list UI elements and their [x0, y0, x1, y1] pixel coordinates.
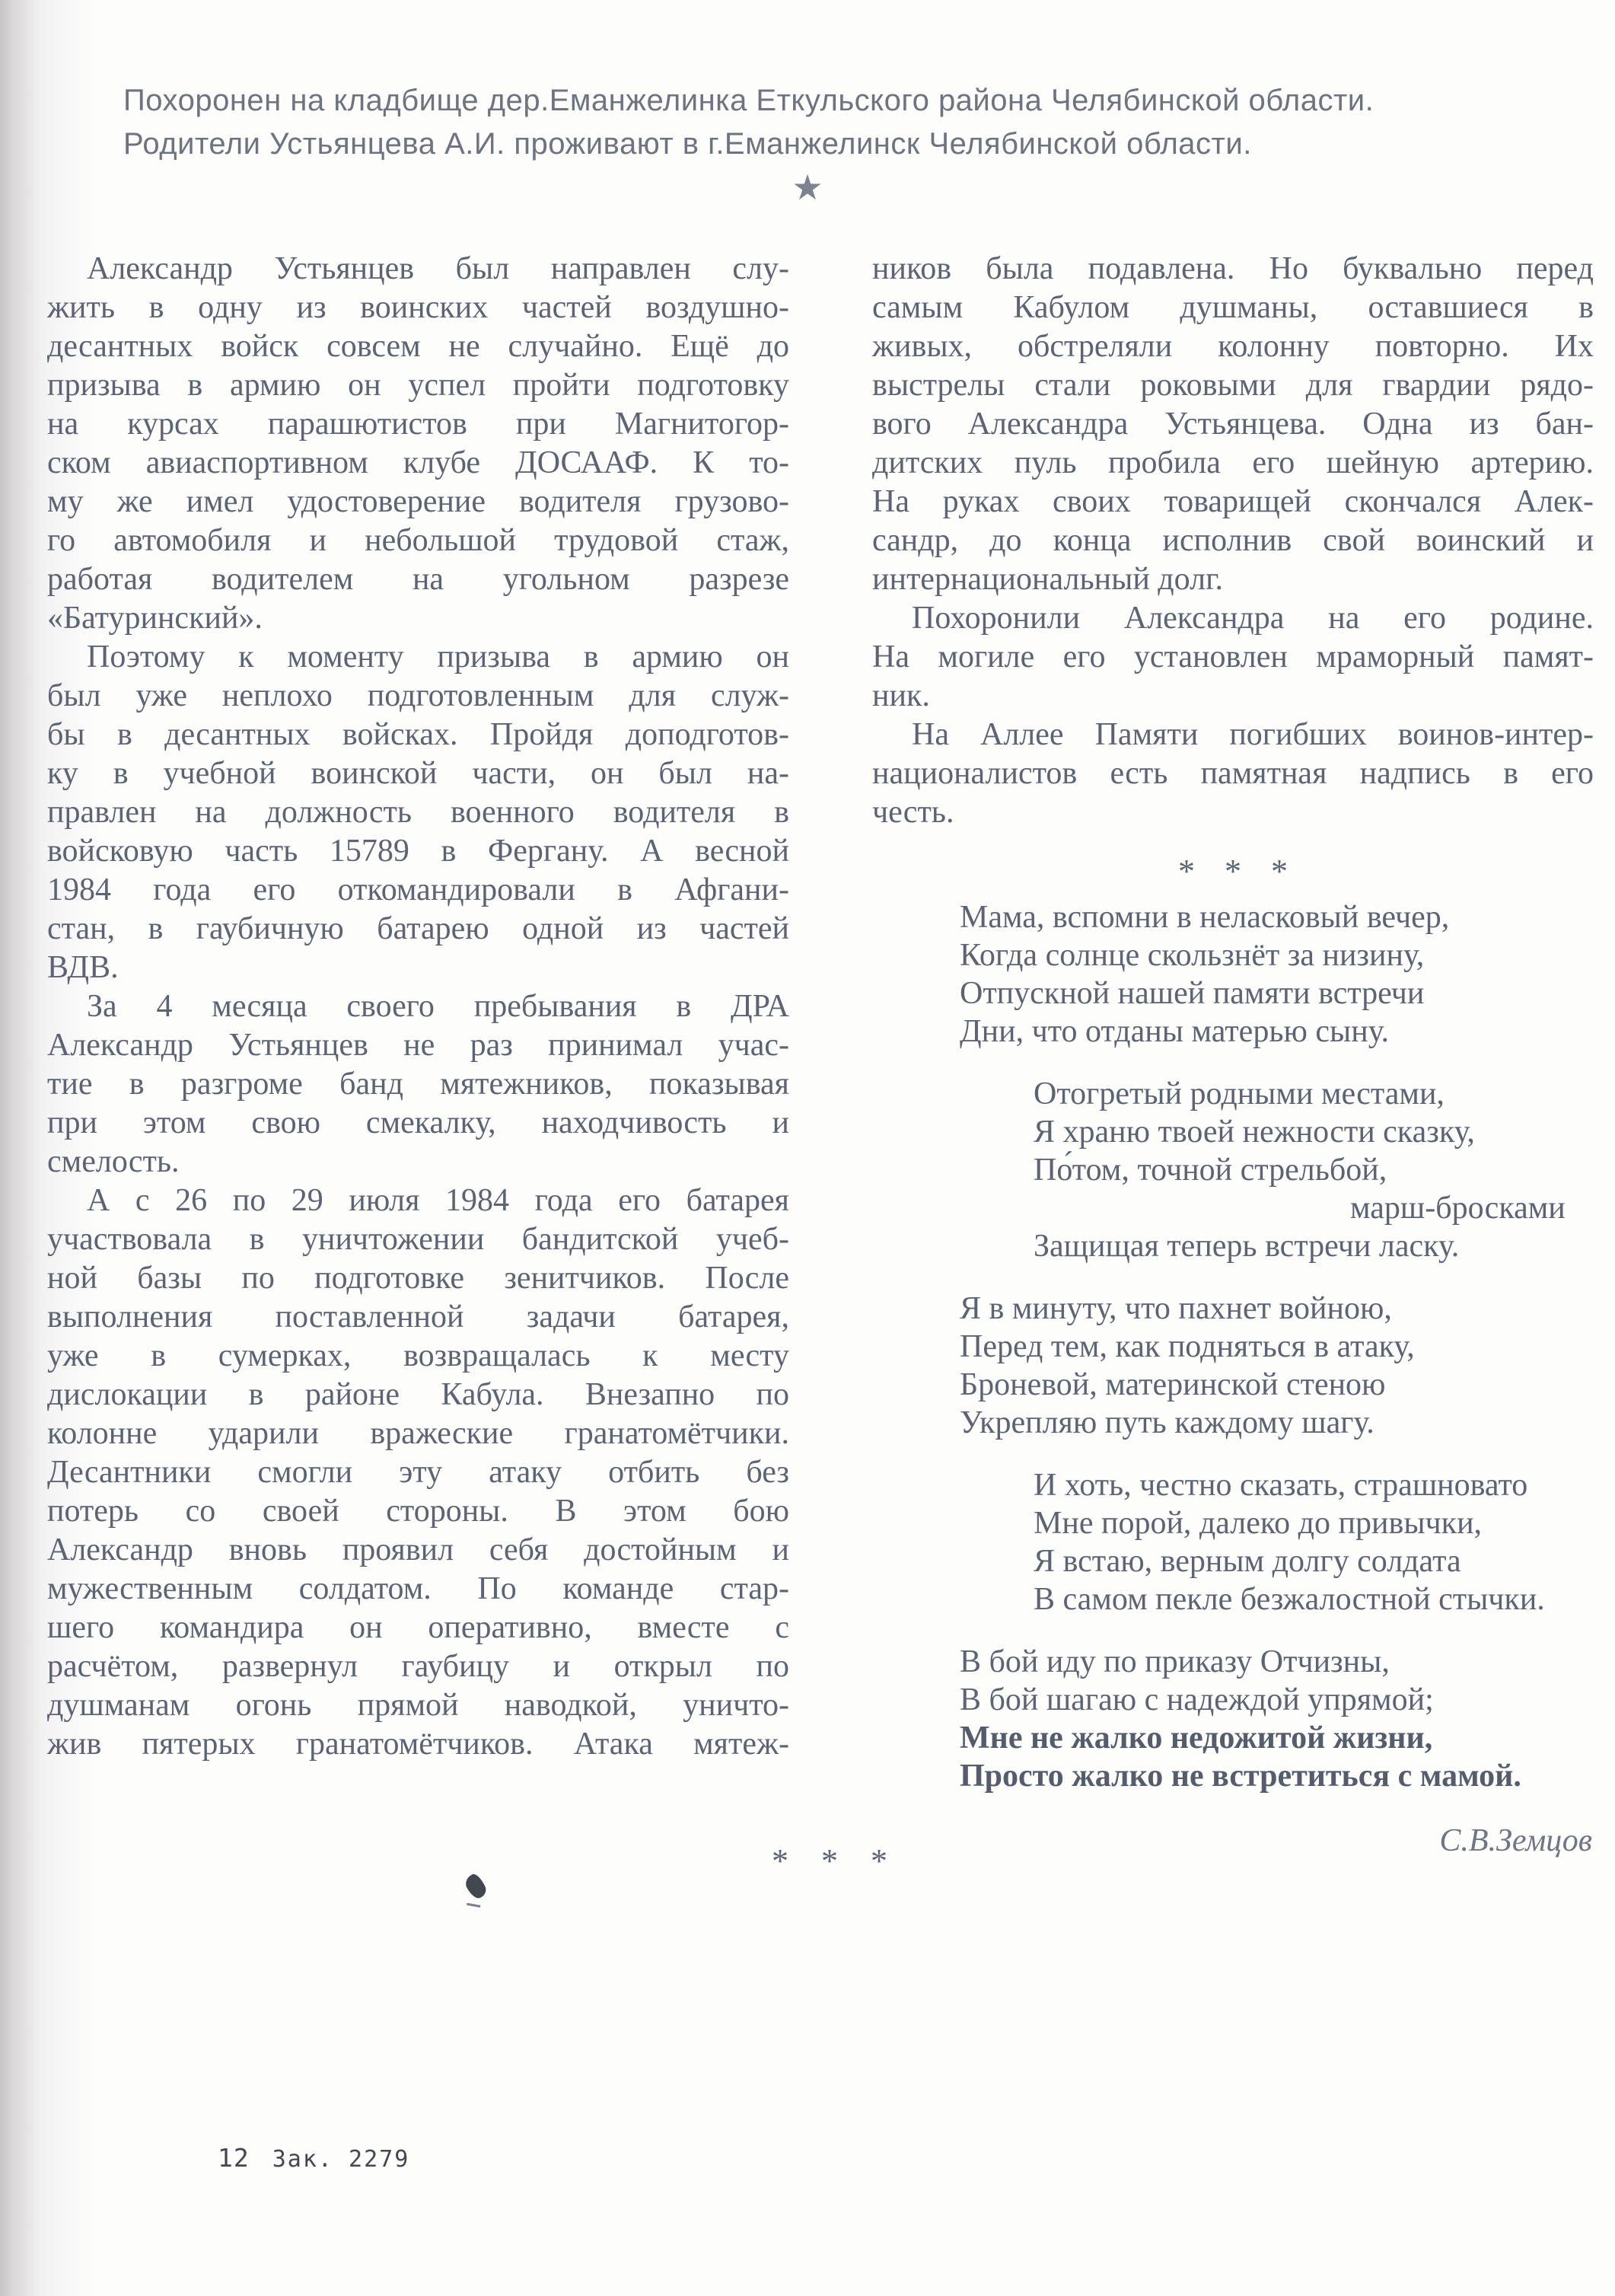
paragraph: ников была подавлена. Но буквально перед…	[872, 250, 1594, 599]
book-page: Похоронен на кладбище дер.Еманжелинка Ет…	[0, 0, 1615, 2296]
paragraph: Поэтому к моменту призыва в армию онбыл …	[47, 638, 789, 987]
poem-line: Я в минуту, что пахнет войною,	[960, 1290, 1594, 1328]
burial-note: Похоронен на кладбище дер.Еманжелинка Ет…	[123, 79, 1374, 166]
poem-line: Защищая теперь встречи ласку.	[1034, 1227, 1594, 1265]
poem-stanza: И хоть, честно сказать, страшноватоМне п…	[872, 1466, 1594, 1618]
text-line: «Батуринский».	[47, 599, 789, 638]
left-column: Александр Устьянцев был направлен слу-жи…	[47, 250, 789, 1764]
text-line: десантных войск совсем не случайно. Ещё …	[47, 327, 789, 366]
text-line: На Аллее Памяти погибших воинов-интер-	[872, 716, 1594, 754]
text-line: му же имел удостоверение водителя грузов…	[47, 483, 789, 521]
poem-line: марш-бросками	[1350, 1189, 1594, 1227]
text-line: А с 26 по 29 июля 1984 года его батарея	[47, 1181, 789, 1220]
text-line: на курсах парашютистов при Магнитогор-	[47, 405, 789, 444]
text-line: жить в одну из воинских частей воздушно-	[47, 289, 789, 327]
poem-line: Просто жалко не встретиться с мамой.	[960, 1757, 1594, 1795]
text-line: Александр Устьянцев был направлен слу-	[47, 250, 789, 289]
poem-line: Броневой, материнской стеною	[960, 1366, 1594, 1404]
poem-line: Укрепляю путь каждому шагу.	[960, 1404, 1594, 1442]
text-line: выстрелы стали роковыми для гвардии рядо…	[872, 366, 1594, 405]
text-line: войсковую часть 15789 в Фергану. А весно…	[47, 832, 789, 871]
poem-line: Отпускной нашей памяти встречи	[960, 974, 1594, 1012]
poem-separator: * * *	[872, 852, 1594, 891]
text-line: потерь со своей стороны. В этом бою	[47, 1492, 789, 1531]
text-line: шего командира он оперативно, вместе с	[47, 1609, 789, 1647]
poem-line: В бой иду по приказу Отчизны,	[960, 1643, 1594, 1681]
text-line: 1984 года его откомандировали в Афгани-	[47, 871, 789, 910]
text-line: Александр Устьянцев не раз принимал учас…	[47, 1026, 789, 1065]
poem-line: Когда солнце скользнёт за низину,	[960, 936, 1594, 974]
text-line: дитских пуль пробила его шейную артерию.	[872, 444, 1594, 483]
text-line: колонне ударили вражеские гранатомётчики…	[47, 1414, 789, 1453]
poem-author: С.В.Земцов	[872, 1822, 1594, 1859]
text-line: дислокации в районе Кабула. Внезапно по	[47, 1376, 789, 1414]
section-separator: * * *	[772, 1842, 887, 1880]
print-order-number: Зак. 2279	[272, 2146, 410, 2173]
poem-line: В самом пекле безжалостной стычки.	[1034, 1580, 1594, 1618]
page-footer: 12Зак. 2279	[218, 2144, 409, 2174]
poem-line: По́том, точной стрельбой,	[1034, 1151, 1594, 1189]
ink-blot	[463, 1872, 489, 1902]
poem-line: Дни, что отданы матерью сыну.	[960, 1012, 1594, 1051]
text-line: ников была подавлена. Но буквально перед	[872, 250, 1594, 289]
text-line: самым Кабулом душманы, оставшиеся в	[872, 289, 1594, 327]
text-line: ной базы по подготовке зенитчиков. После	[47, 1259, 789, 1298]
text-line: душманам огонь прямой наводкой, уничто-	[47, 1686, 789, 1725]
text-line: Похоронили Александра на его родине.	[872, 599, 1594, 638]
text-line: участвовала в уничтожении бандитской уче…	[47, 1220, 789, 1259]
poem: Мама, вспомни в неласковый вечер,Когда с…	[872, 898, 1594, 1795]
text-line: стан, в гаубичную батарею одной из часте…	[47, 910, 789, 949]
text-line: интернациональный долг.	[872, 560, 1594, 599]
poem-stanza: Отогретый родными местами,Я храню твоей …	[872, 1075, 1594, 1265]
text-line: живых, обстреляли колонну повторно. Их	[872, 327, 1594, 366]
text-line: За 4 месяца своего пребывания в ДРА	[47, 987, 789, 1026]
text-line: мужественным солдатом. По команде стар-	[47, 1570, 789, 1609]
right-column-text: ников была подавлена. Но буквально перед…	[872, 250, 1594, 832]
text-line: смелость.	[47, 1143, 789, 1181]
poem-stanza: Я в минуту, что пахнет войною,Перед тем,…	[872, 1290, 1594, 1442]
text-line: ку в учебной воинской части, он был на-	[47, 754, 789, 793]
poem-line: Мне порой, далеко до привычки,	[1034, 1504, 1594, 1542]
text-line: уже в сумерках, возвращалась к месту	[47, 1337, 789, 1376]
poem-line: Мне не жалко недожитой жизни,	[960, 1719, 1594, 1757]
text-line: правлен на должность военного водителя в	[47, 793, 789, 832]
poem-line: Мама, вспомни в неласковый вечер,	[960, 898, 1594, 936]
poem-stanza: В бой иду по приказу Отчизны,В бой шагаю…	[872, 1643, 1594, 1795]
paragraph: На Аллее Памяти погибших воинов-интер-на…	[872, 716, 1594, 832]
page-number: 12	[218, 2143, 250, 2173]
text-line: жив пятерых гранатомётчиков. Атака мятеж…	[47, 1725, 789, 1764]
text-line: Александр вновь проявил себя достойным и	[47, 1531, 789, 1570]
burial-note-line2: Родители Устьянцева А.И. проживают в г.Е…	[123, 123, 1374, 166]
paragraph: За 4 месяца своего пребывания в ДРААлекс…	[47, 987, 789, 1181]
paragraph: Александр Устьянцев был направлен слу-жи…	[47, 250, 789, 638]
text-line: ник.	[872, 677, 1594, 716]
poem-line: Отогретый родными местами,	[1034, 1075, 1594, 1113]
right-column: ников была подавлена. Но буквально перед…	[872, 250, 1594, 1859]
text-line: На могиле его установлен мраморный памят…	[872, 638, 1594, 677]
text-line: честь.	[872, 793, 1594, 832]
poem-line: Перед тем, как подняться в атаку,	[960, 1328, 1594, 1366]
paragraph: Похоронили Александра на его родине.На м…	[872, 599, 1594, 716]
text-line: тие в разгроме банд мятежников, показыва…	[47, 1065, 789, 1104]
star-icon: ★	[0, 169, 1615, 207]
text-line: Десантники смогли эту атаку отбить без	[47, 1453, 789, 1492]
text-line: ВДВ.	[47, 949, 789, 987]
poem-line: В бой шагаю с надеждой упрямой;	[960, 1681, 1594, 1719]
text-line: Поэтому к моменту призыва в армию он	[47, 638, 789, 677]
text-line: националистов есть памятная надпись в ег…	[872, 754, 1594, 793]
text-line: выполнения поставленной задачи батарея,	[47, 1298, 789, 1337]
text-line: вого Александра Устьянцева. Одна из бан-	[872, 405, 1594, 444]
text-line: был уже неплохо подготовленным для служ-	[47, 677, 789, 716]
text-line: бы в десантных войсках. Пройдя доподгото…	[47, 716, 789, 754]
text-line: призыва в армию он успел пройти подготов…	[47, 366, 789, 405]
poem-line: Я храню твоей нежности сказку,	[1034, 1113, 1594, 1151]
text-line: ском авиаспортивном клубе ДОСААФ. К то-	[47, 444, 789, 483]
text-line: го автомобиля и небольшой трудовой стаж,	[47, 521, 789, 560]
paragraph: А с 26 по 29 июля 1984 года его батареяу…	[47, 1181, 789, 1764]
text-line: расчётом, развернул гаубицу и открыл по	[47, 1647, 789, 1686]
burial-note-line1: Похоронен на кладбище дер.Еманжелинка Ет…	[123, 79, 1374, 123]
poem-line: И хоть, честно сказать, страшновато	[1034, 1466, 1594, 1504]
text-line: На руках своих товарищей скончался Алек-	[872, 483, 1594, 521]
poem-line: Я встаю, верным долгу солдата	[1034, 1542, 1594, 1580]
text-line: при этом свою смекалку, находчивость и	[47, 1104, 789, 1143]
text-line: работая водителем на угольном разрезе	[47, 560, 789, 599]
poem-stanza: Мама, вспомни в неласковый вечер,Когда с…	[872, 898, 1594, 1051]
text-line: сандр, до конца исполнив свой воинский и	[872, 521, 1594, 560]
